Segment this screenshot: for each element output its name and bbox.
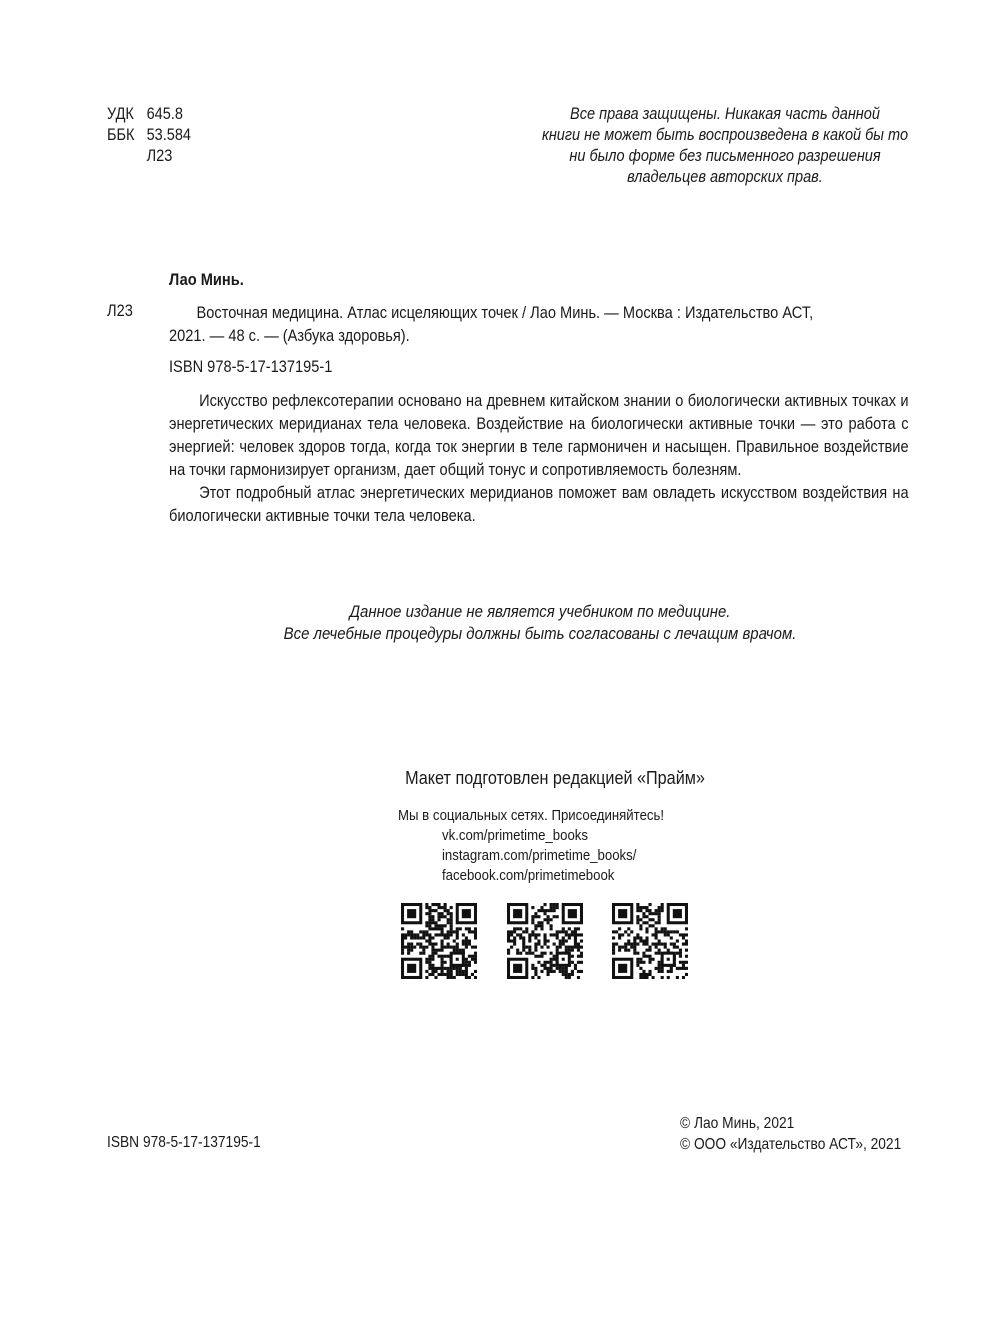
instagram-link[interactable]: instagram.com/primetime_books/ (442, 846, 636, 866)
qr-code-facebook-icon[interactable] (612, 903, 688, 979)
udk-label: УДК (107, 104, 147, 125)
social-links: vk.com/primetime_books instagram.com/pri… (442, 826, 636, 886)
rights-line: ни было форме без письменного разрешения (531, 146, 918, 167)
qr-code-instagram-icon[interactable] (507, 903, 583, 979)
annotation-paragraph: Искусство рефлексотерапии основано на др… (169, 389, 909, 481)
social-heading: Мы в социальных сетях. Присоединяйтесь! (398, 807, 664, 824)
udk-row: УДК 645.8 (107, 104, 191, 125)
annotation: Искусство рефлексотерапии основано на др… (169, 389, 909, 527)
classification-block: УДК 645.8 ББК 53.584 Л23 (107, 104, 191, 167)
vk-link[interactable]: vk.com/primetime_books (442, 826, 636, 846)
copyright-publisher: © ООО «Издательство АСТ», 2021 (680, 1134, 901, 1155)
prime-credit: Макет подготовлен редакцией «Прайм» (362, 768, 749, 789)
description-line-2: 2021. — 48 с. — (Азбука здоровья). (169, 324, 909, 347)
bibliographic-description: Восточная медицина. Атлас исцеляющих точ… (169, 301, 909, 347)
isbn-record: ISBN 978-5-17-137195-1 (169, 357, 332, 377)
disclaimer-line: Все лечебные процедуры должны быть согла… (241, 623, 839, 645)
annotation-paragraph: Этот подробный атлас энергетических мери… (169, 481, 909, 527)
facebook-link[interactable]: facebook.com/primetimebook (442, 866, 636, 886)
copyright-author: © Лао Минь, 2021 (680, 1113, 901, 1134)
rights-line: книги не может быть воспроизведена в как… (531, 125, 918, 146)
disclaimer-line: Данное издание не является учебником по … (241, 601, 839, 623)
medical-disclaimer: Данное издание не является учебником по … (241, 601, 839, 645)
udk-value: 645.8 (147, 104, 183, 125)
copyright-block: © Лао Минь, 2021 © ООО «Издательство АСТ… (680, 1113, 901, 1155)
author-mark-row: Л23 (107, 146, 191, 167)
author-code: Л23 (107, 301, 133, 321)
author-heading: Лао Минь. (169, 270, 244, 290)
author-mark-value: Л23 (147, 146, 173, 167)
bbk-row: ББК 53.584 (107, 125, 191, 146)
description-line-1: Восточная медицина. Атлас исцеляющих точ… (197, 303, 814, 322)
rights-line: Все права защищены. Никакая часть данной (531, 104, 918, 125)
author-mark-label (107, 146, 147, 167)
rights-line: владельцев авторских прав. (531, 167, 918, 188)
qr-code-vk-icon[interactable] (401, 903, 477, 979)
bbk-label: ББК (107, 125, 147, 146)
isbn-footer: ISBN 978-5-17-137195-1 (107, 1134, 261, 1152)
bbk-value: 53.584 (147, 125, 191, 146)
rights-notice: Все права защищены. Никакая часть данной… (531, 104, 918, 188)
